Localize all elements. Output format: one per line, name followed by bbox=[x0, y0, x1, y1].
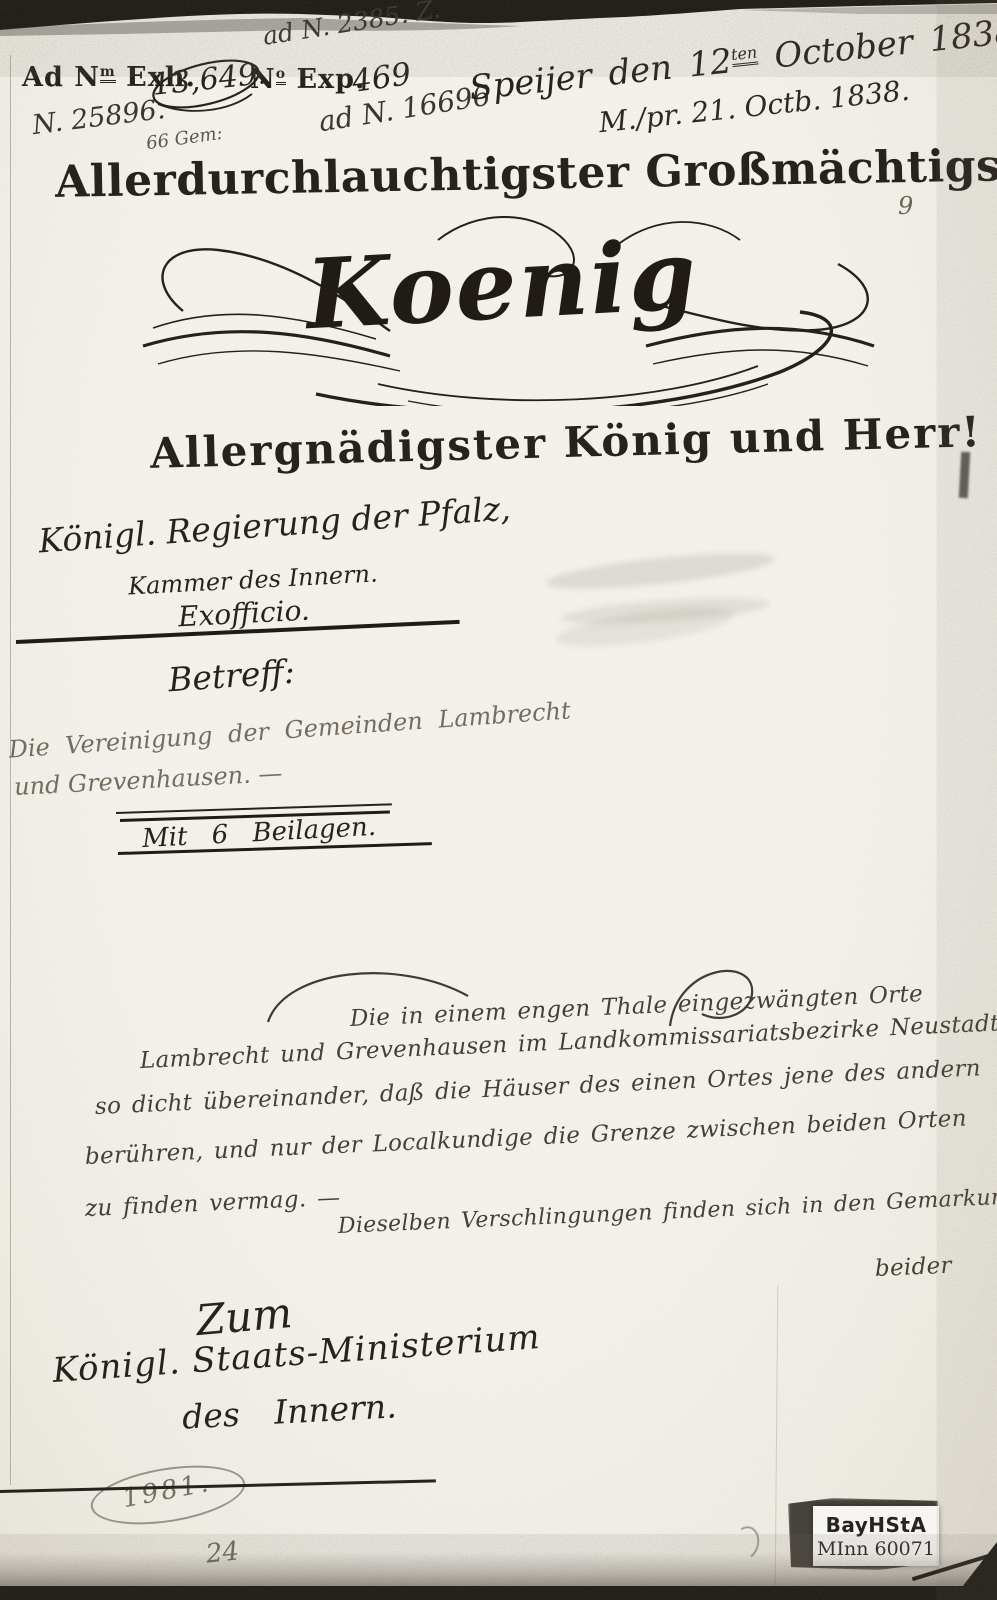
registry-gemeinden-note: 66 Gem: bbox=[145, 123, 224, 154]
document-scan-page: ad N. 2385. Z. Ad Nm Exh. 13,649. No Exp… bbox=[0, 0, 997, 1600]
exp-prefix: N bbox=[250, 64, 276, 95]
scan-left-edge-line bbox=[10, 55, 11, 1485]
salutation-line1: Allerdurchlauchtigster Großmächtigster bbox=[55, 139, 997, 208]
koenig-calligraphy: Koenig bbox=[138, 206, 878, 406]
archive-name: BayHStA bbox=[826, 1513, 927, 1537]
dateline-day-suffix: ten bbox=[730, 42, 758, 67]
koenig-word: Koenig bbox=[303, 218, 700, 351]
scan-bottom-grime bbox=[0, 1552, 997, 1588]
pencil-smudge bbox=[544, 546, 775, 596]
dateline-day: 12 bbox=[687, 41, 734, 85]
sender-chamber: Kammer des Innern. bbox=[127, 559, 378, 600]
scan-bottom-edge bbox=[0, 1586, 997, 1600]
dateline-place: Speijer den bbox=[467, 48, 674, 109]
subject-label: Betreff: bbox=[167, 652, 296, 700]
subject-line1: Die Vereinigung der Gemeinden Lambrecht bbox=[8, 696, 572, 763]
body-line: Dieselben Verschlingungen finden sich in… bbox=[337, 1183, 997, 1239]
body-line: berühren, und nur der Localkundige die G… bbox=[84, 1106, 967, 1170]
scan-right-blotch bbox=[959, 452, 970, 498]
exp-superscript: o bbox=[276, 66, 286, 85]
margin-digit: 9 bbox=[898, 192, 913, 220]
address-line3: des Innern. bbox=[181, 1386, 397, 1436]
body-line: zu finden vermag. — bbox=[84, 1185, 340, 1222]
exh-prefix: Ad N bbox=[22, 62, 100, 93]
paper-crease bbox=[775, 1285, 779, 1590]
registry-expedit-number-label: No Exp. bbox=[250, 64, 365, 95]
salutation-line2: Allergnädigster König und Herr! bbox=[150, 407, 983, 478]
address-line2: Königl. Staats-Ministerium bbox=[51, 1317, 542, 1391]
body-line: beider bbox=[874, 1253, 952, 1282]
exh-superscript: m bbox=[100, 64, 116, 83]
subject-line2: und Grevenhausen. — bbox=[13, 759, 283, 801]
sender-authority: Königl. Regierung der Pfalz, bbox=[37, 489, 512, 561]
